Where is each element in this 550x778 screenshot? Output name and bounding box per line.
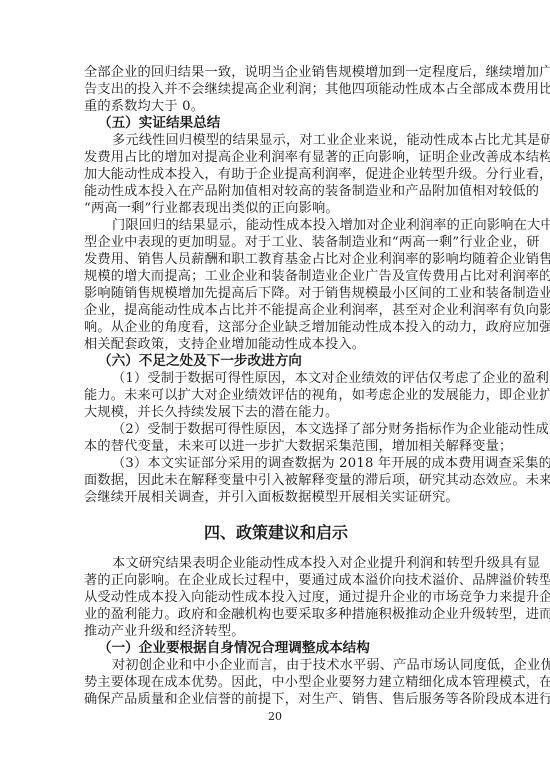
text-line: 告支出的投入并不会继续提高企业利润；其他四项能动性成本占全部成本费用比: [84, 81, 468, 98]
text-line: 本的替代变量，未来可以进一步扩大数据采集范围，增加相关解释变量；: [84, 438, 468, 455]
text-line: 推动产业升级和经济转型。: [84, 623, 468, 640]
text-line: 对初创企业和中小企业而言，由于技术水平弱、产品市场认同度低，企业优: [84, 657, 468, 674]
list-item-limitation-1: （1）受制于数据可得性原因，本文对企业绩效的评估仅考虑了企业的盈利 能力。未来可…: [84, 370, 468, 421]
text-line: 势主要体现在成本优势。因此，中小型企业要努力建立精细化成本管理模式，在: [84, 674, 468, 691]
text-line: 规模的增大而提高；工业企业和装备制造业企业广告及宣传费用占比对利润率的: [84, 268, 468, 285]
text-line: 本文研究结果表明企业能动性成本投入对企业提升利润和转型升级具有显: [84, 555, 468, 572]
text-line: 大规模，并长久持续发展下去的潜在能力。: [84, 404, 468, 421]
chapter-title-policy-recommendations: 四、政策建议和启示: [84, 506, 468, 555]
section-heading-empirical-summary: （五）实证结果总结: [84, 115, 468, 132]
text-line: 加大能动性成本投入，有助于企业提高利润率，促进企业转型升级。分行业看，: [84, 166, 468, 183]
text-line: 重的系数均大于 0。: [84, 98, 468, 115]
paragraph-policy-intro: 本文研究结果表明企业能动性成本投入对企业提升利润和转型升级具有显 著的正向影响。…: [84, 555, 468, 640]
paragraph-regression-summary: 全部企业的回归结果一致，说明当企业销售规模增加到一定程度后，继续增加广 告支出的…: [84, 64, 468, 115]
text-line: （2）受制于数据可得性原因，本文选择了部分财务指标作为企业能动性成: [84, 421, 468, 438]
page-number: 20: [0, 710, 550, 723]
text-line: 从受动性成本投入向能动性成本投入过度，通过提升企业的市场竞争力来提升企: [84, 589, 468, 606]
text-line: 型企业中表现的更加明显。对于工业、装备制造业和“两高一剩”行业企业，研: [84, 234, 468, 251]
text-line: 发费用占比的增加对提高企业利润率有显著的正向影响，证明企业改善成本结构，: [84, 149, 468, 166]
text-line: 著的正向影响。在企业成长过程中，要通过成本溢价向技术溢价、品牌溢价转型，: [84, 572, 468, 589]
text-line: 门限回归的结果显示，能动性成本投入增加对企业利润率的正向影响在大中: [84, 217, 468, 234]
text-line: 确保产品质量和企业信誉的前提下，对生产、销售、售后服务等各阶段成本进行: [84, 691, 468, 708]
text-line: 业的盈利能力。政府和金融机构也要采取多种措施积极推动企业升级转型，进而: [84, 606, 468, 623]
text-line: 面数据，因此未在解释变量中引入被解释变量的滞后项，研究其动态效应。未来: [84, 472, 468, 489]
text-line: 相关配套政策，支持企业增加能动性成本投入。: [84, 336, 468, 353]
paragraph-threshold-regression: 门限回归的结果显示，能动性成本投入增加对企业利润率的正向影响在大中 型企业中表现…: [84, 217, 468, 353]
text-line: 响。从企业的角度看，这部分企业缺乏增加能动性成本投入的动力，政府应加强: [84, 319, 468, 336]
text-line: 能力。未来可以扩大对企业绩效评估的视角，如考虑企业的发展能力，即企业扩: [84, 387, 468, 404]
text-line: 影响随销售规模增加先提高后下降。对于销售规模最小区间的工业和装备制造业: [84, 285, 468, 302]
text-line: 多元线性回归模型的结果显示，对工业企业来说，能动性成本占比尤其是研: [84, 132, 468, 149]
paragraph-startups-smes: 对初创企业和中小企业而言，由于技术水平弱、产品市场认同度低，企业优 势主要体现在…: [84, 657, 468, 708]
text-line: 能动性成本投入在产品附加值相对较高的装备制造业和产品附加值相对较低的: [84, 183, 468, 200]
paragraph-multiple-regression: 多元线性回归模型的结果显示，对工业企业来说，能动性成本占比尤其是研 发费用占比的…: [84, 132, 468, 217]
text-line: 会继续开展相关调查，并引入面板数据模型开展相关实证研究。: [84, 489, 468, 506]
document-page: 全部企业的回归结果一致，说明当企业销售规模增加到一定程度后，继续增加广 告支出的…: [84, 64, 468, 708]
section-heading-limitations: （六）不足之处及下一步改进方向: [84, 353, 468, 370]
section-heading-adjust-cost-structure: （一）企业要根据自身情况合理调整成本结构: [84, 640, 468, 657]
text-line: （3）本文实证部分采用的调查数据为 2018 年开展的成本费用调查采集的截: [84, 455, 468, 472]
text-line: 企业，提高能动性成本占比并不能提高企业利润率，甚至对企业利润率有负向影: [84, 302, 468, 319]
list-item-limitation-3: （3）本文实证部分采用的调查数据为 2018 年开展的成本费用调查采集的截 面数…: [84, 455, 468, 506]
text-line: 发费用、销售人员薪酬和职工教育基金占比对企业利润率的影响均随着企业销售: [84, 251, 468, 268]
text-line: “两高一剩”行业都表现出类似的正向影响。: [84, 200, 468, 217]
list-item-limitation-2: （2）受制于数据可得性原因，本文选择了部分财务指标作为企业能动性成 本的替代变量…: [84, 421, 468, 455]
text-line: （1）受制于数据可得性原因，本文对企业绩效的评估仅考虑了企业的盈利: [84, 370, 468, 387]
text-line: 全部企业的回归结果一致，说明当企业销售规模增加到一定程度后，继续增加广: [84, 64, 468, 81]
